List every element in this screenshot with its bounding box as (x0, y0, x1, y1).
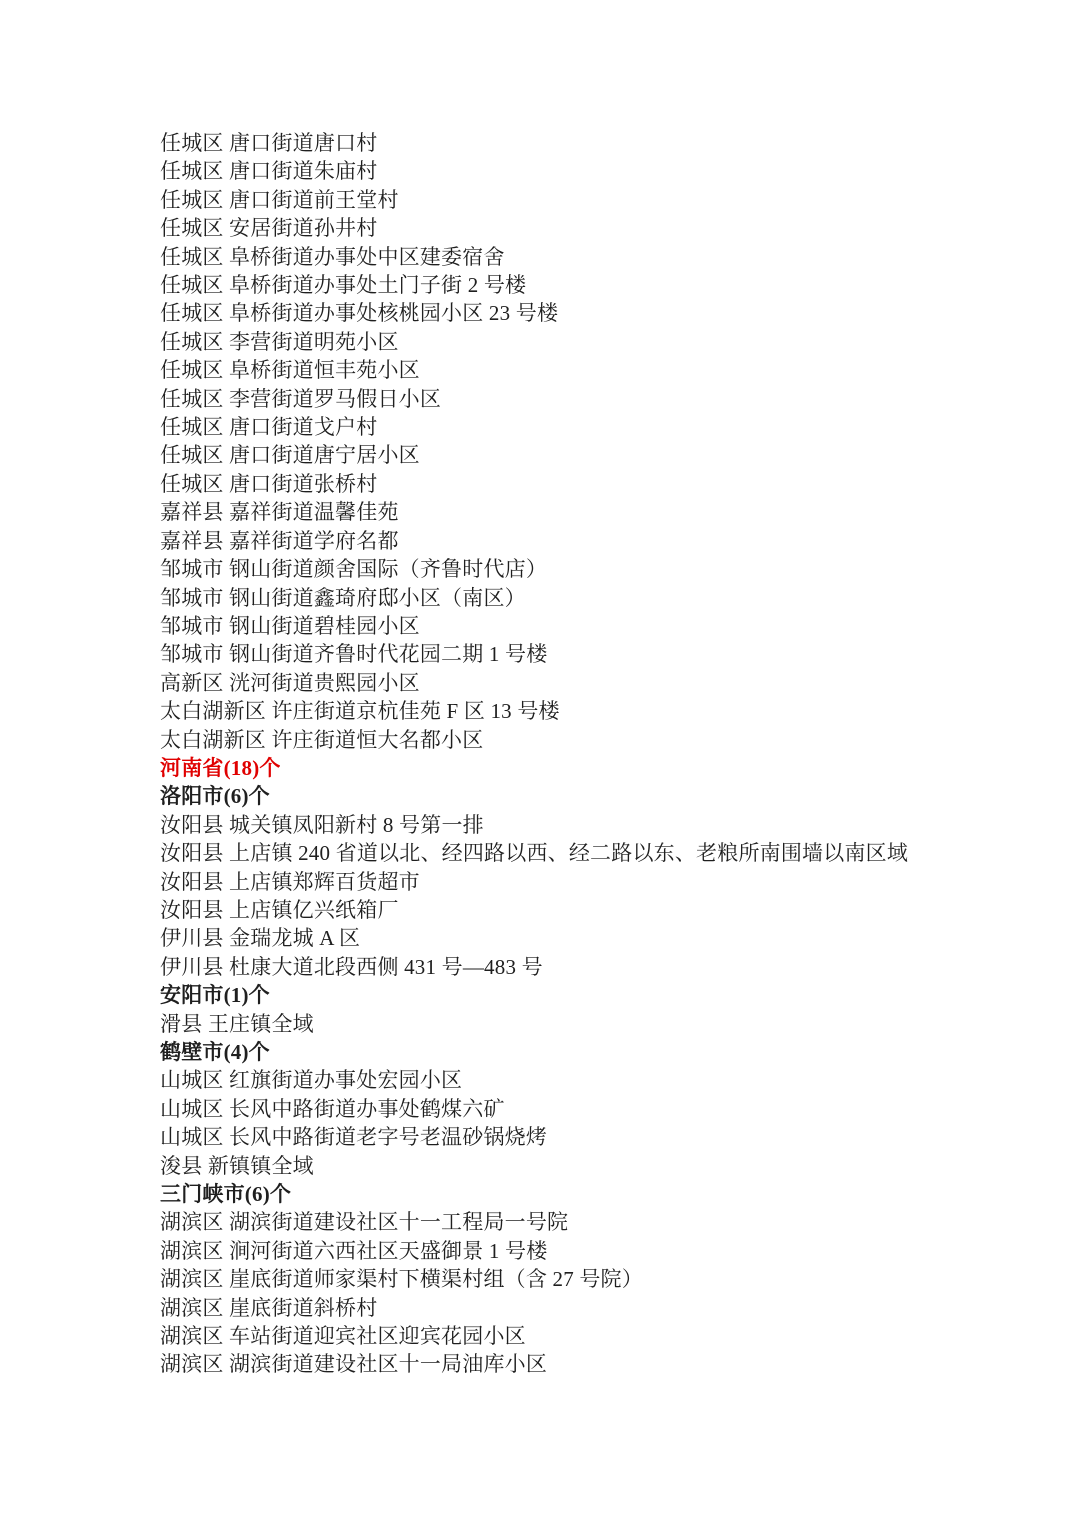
location-entry: 山城区 长风中路街道办事处鹤煤六矿 (160, 1095, 1060, 1123)
location-entry: 任城区 唐口街道前王堂村 (160, 186, 1060, 214)
location-entry: 任城区 李营街道罗马假日小区 (160, 385, 1060, 413)
document-page: 任城区 唐口街道唐口村任城区 唐口街道朱庙村任城区 唐口街道前王堂村任城区 安居… (0, 0, 1080, 1526)
location-entry: 任城区 李营街道明苑小区 (160, 328, 1060, 356)
city-heading: 洛阳市(6)个 (160, 782, 1060, 810)
location-entry: 湖滨区 湖滨街道建设社区十一工程局一号院 (160, 1208, 1060, 1236)
location-entry: 湖滨区 湖滨街道建设社区十一局油库小区 (160, 1350, 1060, 1378)
location-entry: 任城区 阜桥街道办事处中区建委宿舍 (160, 243, 1060, 271)
location-entry: 汝阳县 上店镇 240 省道以北、经四路以西、经二路以东、老粮所南围墙以南区域 (160, 839, 1060, 867)
location-entry: 嘉祥县 嘉祥街道学府名都 (160, 527, 1060, 555)
location-entry: 任城区 唐口街道戈户村 (160, 413, 1060, 441)
location-entry: 任城区 唐口街道唐口村 (160, 129, 1060, 157)
city-heading: 鹤壁市(4)个 (160, 1038, 1060, 1066)
location-entry: 滑县 王庄镇全域 (160, 1010, 1060, 1038)
location-entry: 湖滨区 车站街道迎宾社区迎宾花园小区 (160, 1322, 1060, 1350)
location-entry: 任城区 唐口街道朱庙村 (160, 157, 1060, 185)
location-entry: 任城区 唐口街道唐宁居小区 (160, 441, 1060, 469)
location-entry: 任城区 阜桥街道办事处核桃园小区 23 号楼 (160, 299, 1060, 327)
location-entry: 伊川县 金瑞龙城 A 区 (160, 924, 1060, 952)
location-entry: 汝阳县 上店镇亿兴纸箱厂 (160, 896, 1060, 924)
location-entry: 邹城市 钢山街道碧桂园小区 (160, 612, 1060, 640)
document-body: 任城区 唐口街道唐口村任城区 唐口街道朱庙村任城区 唐口街道前王堂村任城区 安居… (160, 129, 1060, 1379)
location-entry: 汝阳县 上店镇郑辉百货超市 (160, 868, 1060, 896)
location-entry: 邹城市 钢山街道齐鲁时代花园二期 1 号楼 (160, 640, 1060, 668)
location-entry: 邹城市 钢山街道颜舍国际（齐鲁时代店） (160, 555, 1060, 583)
city-heading: 三门峡市(6)个 (160, 1180, 1060, 1208)
location-entry: 湖滨区 崖底街道师家渠村下横渠村组（含 27 号院） (160, 1265, 1060, 1293)
location-entry: 太白湖新区 许庄街道京杭佳苑 F 区 13 号楼 (160, 697, 1060, 725)
location-entry: 邹城市 钢山街道鑫琦府邸小区（南区） (160, 584, 1060, 612)
location-entry: 任城区 安居街道孙井村 (160, 214, 1060, 242)
location-entry: 伊川县 杜康大道北段西侧 431 号—483 号 (160, 953, 1060, 981)
province-heading: 河南省(18)个 (160, 754, 1060, 782)
location-entry: 任城区 唐口街道张桥村 (160, 470, 1060, 498)
location-entry: 汝阳县 城关镇凤阳新村 8 号第一排 (160, 811, 1060, 839)
location-entry: 山城区 长风中路街道老字号老温砂锅烧烤 (160, 1123, 1060, 1151)
city-heading: 安阳市(1)个 (160, 981, 1060, 1009)
location-entry: 嘉祥县 嘉祥街道温馨佳苑 (160, 498, 1060, 526)
location-entry: 浚县 新镇镇全域 (160, 1152, 1060, 1180)
location-entry: 太白湖新区 许庄街道恒大名都小区 (160, 726, 1060, 754)
location-entry: 湖滨区 崖底街道斜桥村 (160, 1294, 1060, 1322)
location-entry: 山城区 红旗街道办事处宏园小区 (160, 1066, 1060, 1094)
location-entry: 任城区 阜桥街道办事处土门子街 2 号楼 (160, 271, 1060, 299)
location-entry: 任城区 阜桥街道恒丰苑小区 (160, 356, 1060, 384)
location-entry: 高新区 洸河街道贵熙园小区 (160, 669, 1060, 697)
location-entry: 湖滨区 涧河街道六西社区天盛御景 1 号楼 (160, 1237, 1060, 1265)
